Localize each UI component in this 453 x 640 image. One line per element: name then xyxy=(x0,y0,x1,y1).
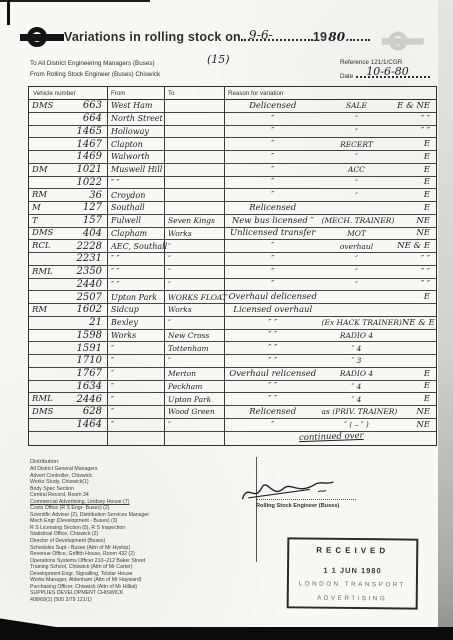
table-row: 1465 Holloway ″ ″ ″ ″ xyxy=(29,126,436,139)
reason-note: ″ xyxy=(322,114,392,123)
from-value: Upton Park xyxy=(111,293,157,302)
vehicle-number: 21 xyxy=(56,317,107,328)
to-value: Peckham xyxy=(168,382,202,391)
to-value: Works xyxy=(168,305,192,314)
to-cell: Merton xyxy=(164,368,224,380)
to-value: Upton Park xyxy=(168,395,211,404)
header-vehicle-number: Vehicle number xyxy=(29,90,107,97)
handwritten-document-date: 10-6-80 xyxy=(366,65,408,78)
to-value: ″ xyxy=(168,318,171,327)
reason-cell: ″ ″ E xyxy=(224,189,436,201)
status-code: E xyxy=(391,152,436,162)
to-cell: WORKS FLOAT xyxy=(164,291,224,303)
to-cell: Peckham xyxy=(164,381,224,393)
reason-text: ″ xyxy=(224,190,322,200)
from-value: Bexley xyxy=(111,318,138,327)
from-cell: ″ xyxy=(107,355,164,367)
status-code: NE xyxy=(391,420,436,430)
to-value: ″ xyxy=(168,356,171,365)
to-cell: ″ xyxy=(164,279,224,291)
vehicle-cell: DM 1021 xyxy=(29,164,107,176)
stamp-dept-line: ADVERTISING xyxy=(317,595,387,603)
from-cell: ″ xyxy=(107,381,164,393)
from-cell: Clapham xyxy=(107,228,164,240)
stamp-received-text: RECEIVED xyxy=(316,546,389,556)
reason-text: ″ ″ xyxy=(224,381,322,391)
vehicle-prefix: DM xyxy=(29,165,56,175)
status-code: E xyxy=(391,203,436,213)
table-header-row: Vehicle number From To Reason for variat… xyxy=(29,87,436,100)
vehicle-prefix: DMS xyxy=(29,407,56,417)
reason-text: ″ xyxy=(224,254,322,264)
from-cell: ″ ″ xyxy=(107,253,164,265)
vehicle-cell: 1767 xyxy=(29,368,107,380)
reason-cell: Relicensed E xyxy=(224,202,436,214)
table-row: 1591 ″ Tottenham ″ ″ ″ 4 xyxy=(29,342,436,355)
to-cell: Wood Green xyxy=(164,406,224,418)
to-cell xyxy=(164,100,224,112)
to-value: ″ xyxy=(168,420,171,429)
received-stamp: RECEIVED 1 1 JUN 1980 LONDON TRANSPORT A… xyxy=(287,537,419,609)
date-label: Date xyxy=(340,73,353,80)
vehicle-cell: 1634 xyxy=(29,381,107,393)
header-reason: Reason for variation xyxy=(224,90,436,97)
reason-cell: ″ ″ ″ 4 xyxy=(224,342,436,354)
reason-cell: ″ ″ ″ 4 E xyxy=(224,393,436,405)
title-dotted-leader-end xyxy=(350,31,370,41)
status-code: ″ ″ xyxy=(391,254,436,264)
reason-text: ″ ″ xyxy=(224,343,322,353)
to-value: ″ xyxy=(168,254,171,263)
from-cell: Holloway xyxy=(107,126,164,138)
reason-text: ″ ″ xyxy=(224,394,322,404)
from-cell: AEC, Southall xyxy=(107,240,164,252)
reason-cell: ″ ″ (Ex HACK TRAINER) NE & E xyxy=(224,317,436,329)
reason-text: ″ xyxy=(224,420,322,430)
reason-cell: ″ ″ ″ ″ xyxy=(224,253,436,265)
vehicle-prefix: DMS xyxy=(29,101,56,111)
to-cell: ″ xyxy=(164,253,224,265)
vehicle-number: 1464 xyxy=(56,419,107,430)
status-code: E xyxy=(391,190,436,200)
page-title: Variations in rolling stock on xyxy=(64,30,241,44)
stamp-date: 1 1 JUN 1980 xyxy=(323,565,381,575)
table-row: 1464 ″ ″ ″ ″ ( – ″ ) NE xyxy=(29,419,436,432)
to-cell: ″ xyxy=(164,317,224,329)
from-value: Fulwell xyxy=(111,216,141,225)
reason-note: overhaul xyxy=(322,242,392,251)
vehicle-number: 1598 xyxy=(56,330,107,341)
from-value: North Street xyxy=(111,114,163,123)
reason-text: ″ xyxy=(224,165,322,175)
status-code: NE & E xyxy=(402,318,441,328)
to-value: New Cross xyxy=(168,331,209,340)
vehicle-cell: 1710 xyxy=(29,355,107,367)
to-cell xyxy=(164,189,224,201)
to-cell xyxy=(164,202,224,214)
reason-text: ″ xyxy=(224,241,322,251)
vehicle-prefix: RM xyxy=(29,305,56,315)
to-value: Merton xyxy=(168,369,196,378)
roundel-bar-icon xyxy=(20,34,64,41)
vehicle-number: 1767 xyxy=(56,368,107,379)
distribution-block: Distribution: All District General Manag… xyxy=(30,459,252,603)
vehicle-prefix: DMS xyxy=(29,228,56,238)
reason-note: RADIO 4 xyxy=(322,331,392,340)
reason-note: ACC xyxy=(322,165,392,174)
from-cell: Southall xyxy=(107,202,164,214)
distribution-list: All District General Managers Advert Con… xyxy=(30,466,252,603)
vehicle-prefix: RM xyxy=(29,190,56,200)
vehicle-number: 664 xyxy=(56,113,107,124)
reason-cell: ″ ″ ( – ″ ) NE xyxy=(224,419,436,431)
table-row: 1598 Works New Cross ″ ″ RADIO 4 xyxy=(29,330,436,343)
status-code: NE xyxy=(394,216,436,226)
from-value: ″ ″ xyxy=(111,254,120,263)
from-value: ″ xyxy=(111,369,114,378)
vehicle-number: 2507 xyxy=(56,292,107,303)
reason-note: ″ 4 xyxy=(322,382,392,391)
vehicle-number: 2228 xyxy=(56,241,107,252)
reason-text: ″ xyxy=(224,114,322,124)
vehicle-cell: DMS 404 xyxy=(29,228,107,240)
stamp-org-line: LONDON TRANSPORT xyxy=(299,581,406,589)
vehicle-number: 1602 xyxy=(56,304,107,315)
reason-text: ″ xyxy=(224,267,322,277)
reason-note: ″ xyxy=(322,178,392,187)
handwritten-date: 9-6- xyxy=(249,28,273,42)
vehicle-number: 1469 xyxy=(56,151,107,162)
to-value: Works xyxy=(168,229,192,238)
vehicle-cell: 1469 xyxy=(29,151,107,163)
table-row: 1634 ″ Peckham ″ ″ ″ 4 E xyxy=(29,381,436,394)
continued-row: continued over xyxy=(29,432,436,445)
from-value: Muswell Hill xyxy=(111,165,162,174)
status-code: E xyxy=(391,292,436,302)
from-value: West Ham xyxy=(111,101,153,110)
vehicle-cell: 21 xyxy=(29,317,107,329)
to-value: Wood Green xyxy=(168,407,215,416)
header-to: To xyxy=(164,90,224,97)
table-row: 664 North Street ″ ″ ″ ″ xyxy=(29,113,436,126)
to-cell: ″ xyxy=(164,240,224,252)
from-value: Works xyxy=(111,331,136,340)
reason-cell: Relicensed as (PRIV. TRAINER) NE xyxy=(224,406,436,418)
reason-cell: ″ ACC E xyxy=(224,164,436,176)
vehicle-number: 157 xyxy=(56,215,107,226)
from-cell: Upton Park xyxy=(107,291,164,303)
vehicle-cell: 1465 xyxy=(29,126,107,138)
from-value: Clapham xyxy=(111,229,147,238)
reason-note: (Ex HACK TRAINER) xyxy=(322,318,402,327)
table-row: RML 2350 ″ ″ ″ ″ ″ ″ ″ xyxy=(29,266,436,279)
reason-note: SALE xyxy=(322,101,392,110)
vehicle-cell: RM 1602 xyxy=(29,304,107,316)
column-divider xyxy=(224,87,225,445)
table-row: DMS 404 Clapham Works Unlicensed transfe… xyxy=(29,228,436,241)
vehicle-number: 1465 xyxy=(56,126,107,137)
title-line: Variations in rolling stock on 9-6- 19 8… xyxy=(64,30,370,44)
vehicle-number: 1467 xyxy=(56,139,107,150)
status-code: NE & E xyxy=(391,241,436,251)
table-row: 1767 ″ Merton Overhaul relicensed RADIO … xyxy=(29,368,436,381)
scan-top-mark xyxy=(0,0,150,2)
reason-text: Relicensed xyxy=(224,203,322,213)
reason-note: ″ xyxy=(322,280,392,289)
status-code: ″ ″ xyxy=(391,279,436,289)
table-row: 21 Bexley ″ ″ ″ (Ex HACK TRAINER) NE & E xyxy=(29,317,436,330)
reason-cell: ″ ″ ″ ″ xyxy=(224,113,436,125)
from-cell: ″ xyxy=(107,342,164,354)
from-value: Holloway xyxy=(111,127,149,136)
reason-cell: Overhaul relicensed RADIO 4 E xyxy=(224,368,436,380)
table-row: T 157 Fulwell Seven Kings New bus licens… xyxy=(29,215,436,228)
reason-cell: ″ ″ ″ ″ xyxy=(224,279,436,291)
vehicle-number: 1021 xyxy=(56,164,107,175)
vehicle-cell: 2440 xyxy=(29,279,107,291)
reason-note: MOT xyxy=(322,229,392,238)
table-row: DMS 663 West Ham Delicensed SALE E & NE xyxy=(29,100,436,113)
vehicle-prefix: RML xyxy=(29,267,56,277)
from-cell: Fulwell xyxy=(107,215,164,227)
from-cell: Croydon xyxy=(107,189,164,201)
from-value: ″ ″ xyxy=(111,280,120,289)
table-row: 1467 Clapton ″ RECERT E xyxy=(29,138,436,151)
table-row: M 127 Southall Relicensed E xyxy=(29,202,436,215)
from-value: Southall xyxy=(111,203,145,212)
to-cell: ″ xyxy=(164,355,224,367)
reason-note: ″ 4 xyxy=(322,395,392,404)
from-value: ″ ″ xyxy=(111,178,120,187)
vehicle-number: 127 xyxy=(56,202,107,213)
from-value: ″ xyxy=(111,420,114,429)
from-cell: Clapton xyxy=(107,138,164,150)
reason-text: Overhaul relicensed xyxy=(224,369,322,379)
vehicle-number: 628 xyxy=(56,406,107,417)
vehicle-cell: M 127 xyxy=(29,202,107,214)
addressee-line: To All District Engineering Managers (Bu… xyxy=(30,60,155,67)
handwritten-year: 80. xyxy=(328,30,349,44)
to-cell xyxy=(164,151,224,163)
vehicle-cell: RML 2350 xyxy=(29,266,107,278)
reason-text: ″ ″ xyxy=(224,356,322,366)
from-cell: ″ xyxy=(107,406,164,418)
reason-cell: Licensed overhaul xyxy=(224,304,436,316)
to-value: ″ xyxy=(168,280,171,289)
status-code: E xyxy=(391,394,436,404)
vehicle-cell: DMS 663 xyxy=(29,100,107,112)
table-row: 2231 ″ ″ ″ ″ ″ ″ ″ xyxy=(29,253,436,266)
reason-cell: ″ ″ E xyxy=(224,177,436,189)
reason-note: ″ 4 xyxy=(322,344,392,353)
from-cell: ″ ″ xyxy=(107,279,164,291)
status-code: E xyxy=(391,139,436,149)
from-value: ″ ″ xyxy=(111,267,120,276)
to-cell: ″ xyxy=(164,419,224,431)
to-cell: Upton Park xyxy=(164,393,224,405)
from-cell: Muswell Hill xyxy=(107,164,164,176)
date-dotted-leader: 10-6-80 xyxy=(356,66,430,78)
reason-note: RECERT xyxy=(322,140,392,149)
vehicle-cell: RML 2446 xyxy=(29,393,107,405)
status-code: ″ ″ xyxy=(391,267,436,277)
reason-text: ″ xyxy=(224,126,322,136)
from-cell: Sidcup xyxy=(107,304,164,316)
column-divider xyxy=(107,87,108,445)
vehicle-cell: 1591 xyxy=(29,342,107,354)
from-cell: ″ ″ xyxy=(107,177,164,189)
reason-text: Delicensed xyxy=(224,101,322,111)
from-cell: ″ xyxy=(107,419,164,431)
signature-label: Rolling Stock Engineer (Buses) xyxy=(256,503,339,509)
to-cell xyxy=(164,126,224,138)
reason-cell: New bus licensed ″ (MECH. TRAINER) NE xyxy=(224,215,436,227)
reason-text: Unlicensed transfer xyxy=(224,228,322,238)
to-value: Tottenham xyxy=(168,344,209,353)
to-cell xyxy=(164,113,224,125)
reason-text: ″ ″ xyxy=(224,330,322,340)
from-cell: Bexley xyxy=(107,317,164,329)
year-prefix: 19 xyxy=(313,30,327,44)
faint-roundel-stamp-icon xyxy=(389,32,408,51)
to-value: Seven Kings xyxy=(168,216,215,225)
table-row: 1710 ″ ″ ″ ″ ″ 3 xyxy=(29,355,436,368)
from-value: Clapton xyxy=(111,140,143,149)
status-code: NE xyxy=(397,407,436,417)
reason-text: ″ xyxy=(224,177,322,187)
reason-text: New bus licensed ″ xyxy=(224,216,322,226)
status-code: E xyxy=(391,177,436,187)
vehicle-number: 1634 xyxy=(56,381,107,392)
sender-line: From Rolling Stock Engineer (Buses) Chis… xyxy=(30,71,160,78)
header-from: From xyxy=(107,90,164,97)
vehicle-cell: 1022 xyxy=(29,177,107,189)
vehicle-cell: 1464 xyxy=(29,419,107,431)
from-value: ″ xyxy=(111,395,114,404)
column-divider xyxy=(164,87,165,445)
date-line: Date 10-6-80 xyxy=(340,66,430,80)
vehicle-number: 2231 xyxy=(56,253,107,264)
continued-over-note: continued over xyxy=(299,430,364,442)
scan-bottom-band xyxy=(0,627,453,640)
handwritten-count: (15) xyxy=(207,53,230,66)
reason-cell: Unlicensed transfer MOT NE xyxy=(224,228,436,240)
to-cell: Seven Kings xyxy=(164,215,224,227)
reason-text: ″ xyxy=(224,279,322,289)
signature-line xyxy=(256,499,356,500)
reason-cell: Delicensed SALE E & NE xyxy=(224,100,436,112)
vehicle-cell: 1467 xyxy=(29,138,107,150)
from-cell: North Street xyxy=(107,113,164,125)
vehicle-number: 36 xyxy=(56,190,107,201)
to-value: WORKS FLOAT xyxy=(168,293,227,302)
vehicle-number: 663 xyxy=(56,100,107,111)
reason-cell: ″ overhaul NE & E xyxy=(224,240,436,252)
to-cell xyxy=(164,138,224,150)
reason-text: Licensed overhaul xyxy=(224,305,322,315)
reason-note: ″ ( – ″ ) xyxy=(322,420,392,429)
london-transport-roundel-logo xyxy=(27,27,47,47)
stock-table-body: DMS 663 West Ham Delicensed SALE E & NE … xyxy=(29,100,436,432)
reason-cell: ″ ″ RADIO 4 xyxy=(224,330,436,342)
from-cell: West Ham xyxy=(107,100,164,112)
vehicle-cell: RM 36 xyxy=(29,189,107,201)
table-row: RML 2446 ″ Upton Park ″ ″ ″ 4 E xyxy=(29,393,436,406)
from-value: Sidcup xyxy=(111,305,139,314)
from-value: Walworth xyxy=(111,152,150,161)
vehicle-cell: 2231 xyxy=(29,253,107,265)
table-row: 1022 ″ ″ ″ ″ E xyxy=(29,177,436,190)
to-cell: ″ xyxy=(164,266,224,278)
reason-cell: ″ ″ ″ 3 xyxy=(224,355,436,367)
scan-left-mark xyxy=(7,0,10,25)
table-row: 2507 Upton Park WORKS FLOAT Overhaul del… xyxy=(29,291,436,304)
reason-note: ″ 3 xyxy=(322,356,392,365)
vehicle-number: 2446 xyxy=(56,394,107,405)
table-row: DM 1021 Muswell Hill ″ ACC E xyxy=(29,164,436,177)
from-value: Croydon xyxy=(111,191,145,200)
variations-table: Vehicle number From To Reason for variat… xyxy=(28,86,437,446)
reason-cell: Overhaul delicensed E xyxy=(224,291,436,303)
reason-note: ″ xyxy=(322,127,392,136)
distribution-title: Distribution: xyxy=(30,459,252,465)
to-cell: Works xyxy=(164,228,224,240)
vehicle-cell: RCL 2228 xyxy=(29,240,107,252)
to-cell: New Cross xyxy=(164,330,224,342)
vehicle-cell: 664 xyxy=(29,113,107,125)
reason-text: Overhaul delicensed xyxy=(224,292,322,302)
reason-text: Relicensed xyxy=(224,407,322,417)
to-value: ″ xyxy=(168,267,171,276)
vehicle-cell: DMS 628 xyxy=(29,406,107,418)
reason-cell: ″ RECERT E xyxy=(224,138,436,150)
vehicle-number: 1022 xyxy=(56,177,107,188)
title-dotted-leader: 9-6- xyxy=(241,31,313,41)
from-cell: Works xyxy=(107,330,164,342)
reason-note: ″ xyxy=(322,152,392,161)
to-cell xyxy=(164,177,224,189)
vehicle-prefix: RML xyxy=(29,394,56,404)
scan-edge-shadow xyxy=(438,0,453,640)
reason-note: ″ xyxy=(322,267,392,276)
vehicle-cell: 1598 xyxy=(29,330,107,342)
status-code: E xyxy=(391,165,436,175)
vehicle-number: 404 xyxy=(56,228,107,239)
vehicle-prefix: M xyxy=(29,203,56,213)
reason-text: ″ xyxy=(224,139,322,149)
reason-note: as (PRIV. TRAINER) xyxy=(322,407,398,416)
vehicle-cell: 2507 xyxy=(29,291,107,303)
reason-cell: ″ ″ ″ ″ xyxy=(224,266,436,278)
vehicle-number: 2350 xyxy=(56,266,107,277)
vehicle-number: 1710 xyxy=(56,355,107,366)
from-value: ″ xyxy=(111,382,114,391)
vehicle-number: 1591 xyxy=(56,343,107,354)
vehicle-prefix: RCL xyxy=(29,241,56,251)
reason-text: ″ xyxy=(224,152,322,162)
status-code: NE xyxy=(391,228,436,238)
scanned-document: Variations in rolling stock on 9-6- 19 8… xyxy=(0,0,453,640)
reason-note: ″ xyxy=(322,254,392,263)
from-cell: Walworth xyxy=(107,151,164,163)
reason-cell: ″ ″ E xyxy=(224,151,436,163)
from-value: AEC, Southall xyxy=(111,242,167,251)
reason-cell: ″ ″ ″ 4 E xyxy=(224,381,436,393)
from-value: ″ xyxy=(111,356,114,365)
from-value: ″ xyxy=(111,407,114,416)
table-row: RCL 2228 AEC, Southall ″ ″ overhaul NE &… xyxy=(29,240,436,253)
distribution-item: 408/69(1) (500 2/79 121/1) xyxy=(30,597,252,604)
